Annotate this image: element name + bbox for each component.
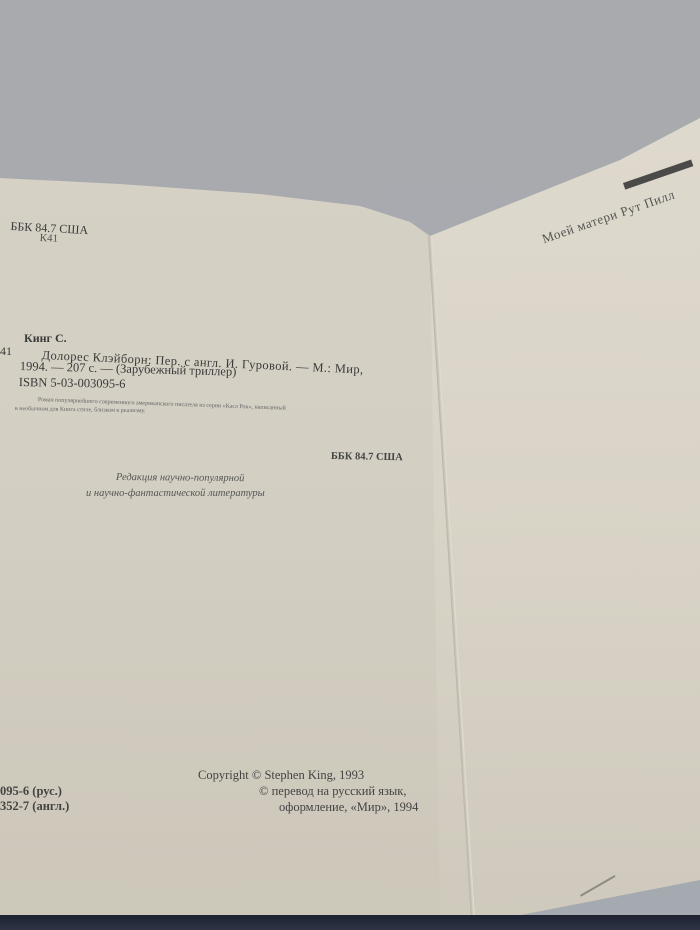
author-heading: Кинг С.: [24, 331, 67, 346]
isbn: ISBN 5-03-003095-6: [19, 375, 126, 392]
book-cover-edge: [0, 915, 700, 930]
classification-code-bottom: ББК 84.7 США: [331, 451, 403, 463]
copyright-line-1: Copyright © Stephen King, 1993: [198, 768, 364, 783]
editorial-line-2: и научно-фантастической литературы: [86, 488, 265, 499]
copyright-line-3: оформление, «Мир», 1994: [279, 800, 418, 815]
editorial-line-1: Редакция научно-популярной: [116, 472, 244, 484]
isbn-russian-fragment: 095-6 (рус.): [0, 784, 62, 799]
index-fragment: 41: [0, 344, 12, 359]
isbn-english-fragment: 352-7 (англ.): [0, 799, 69, 814]
call-number: К41: [39, 232, 58, 245]
copyright-line-2: © перевод на русский язык,: [259, 784, 407, 799]
